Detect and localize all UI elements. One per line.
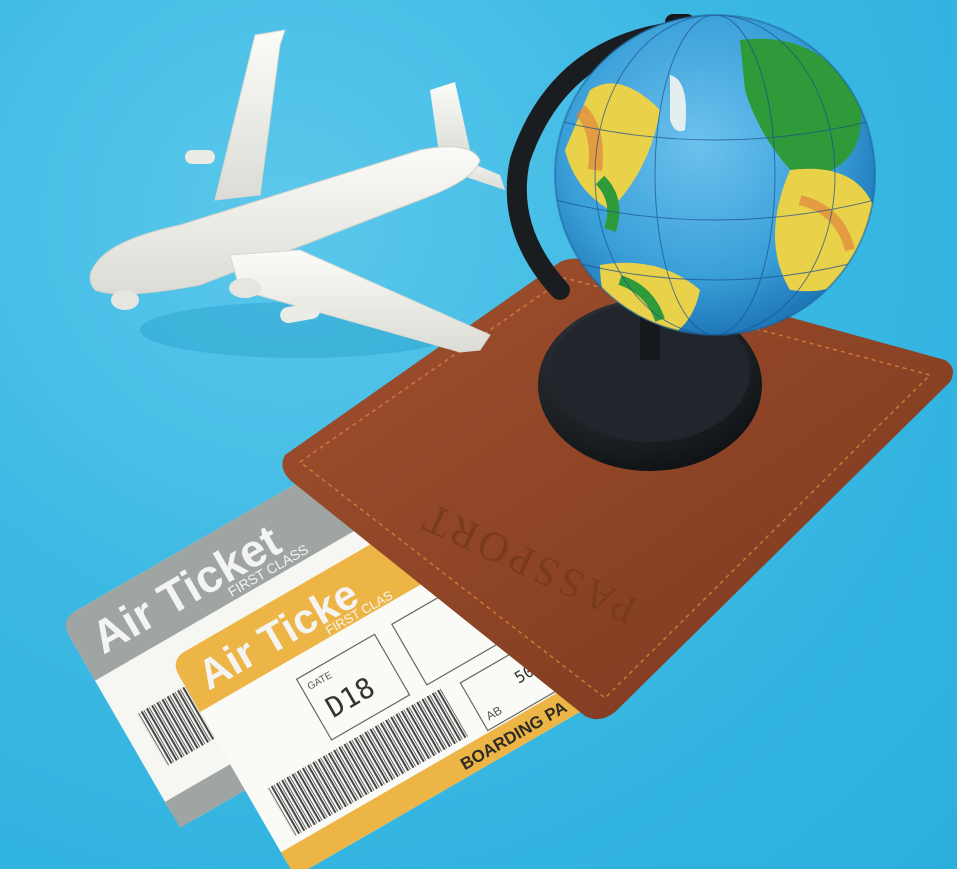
travel-scene: Air Ticket FIRST CLASS BO Air Ticke FIRS…	[0, 0, 957, 869]
scene-illustration: Air Ticket FIRST CLASS BO Air Ticke FIRS…	[0, 0, 957, 869]
toy-airplane	[90, 30, 505, 352]
